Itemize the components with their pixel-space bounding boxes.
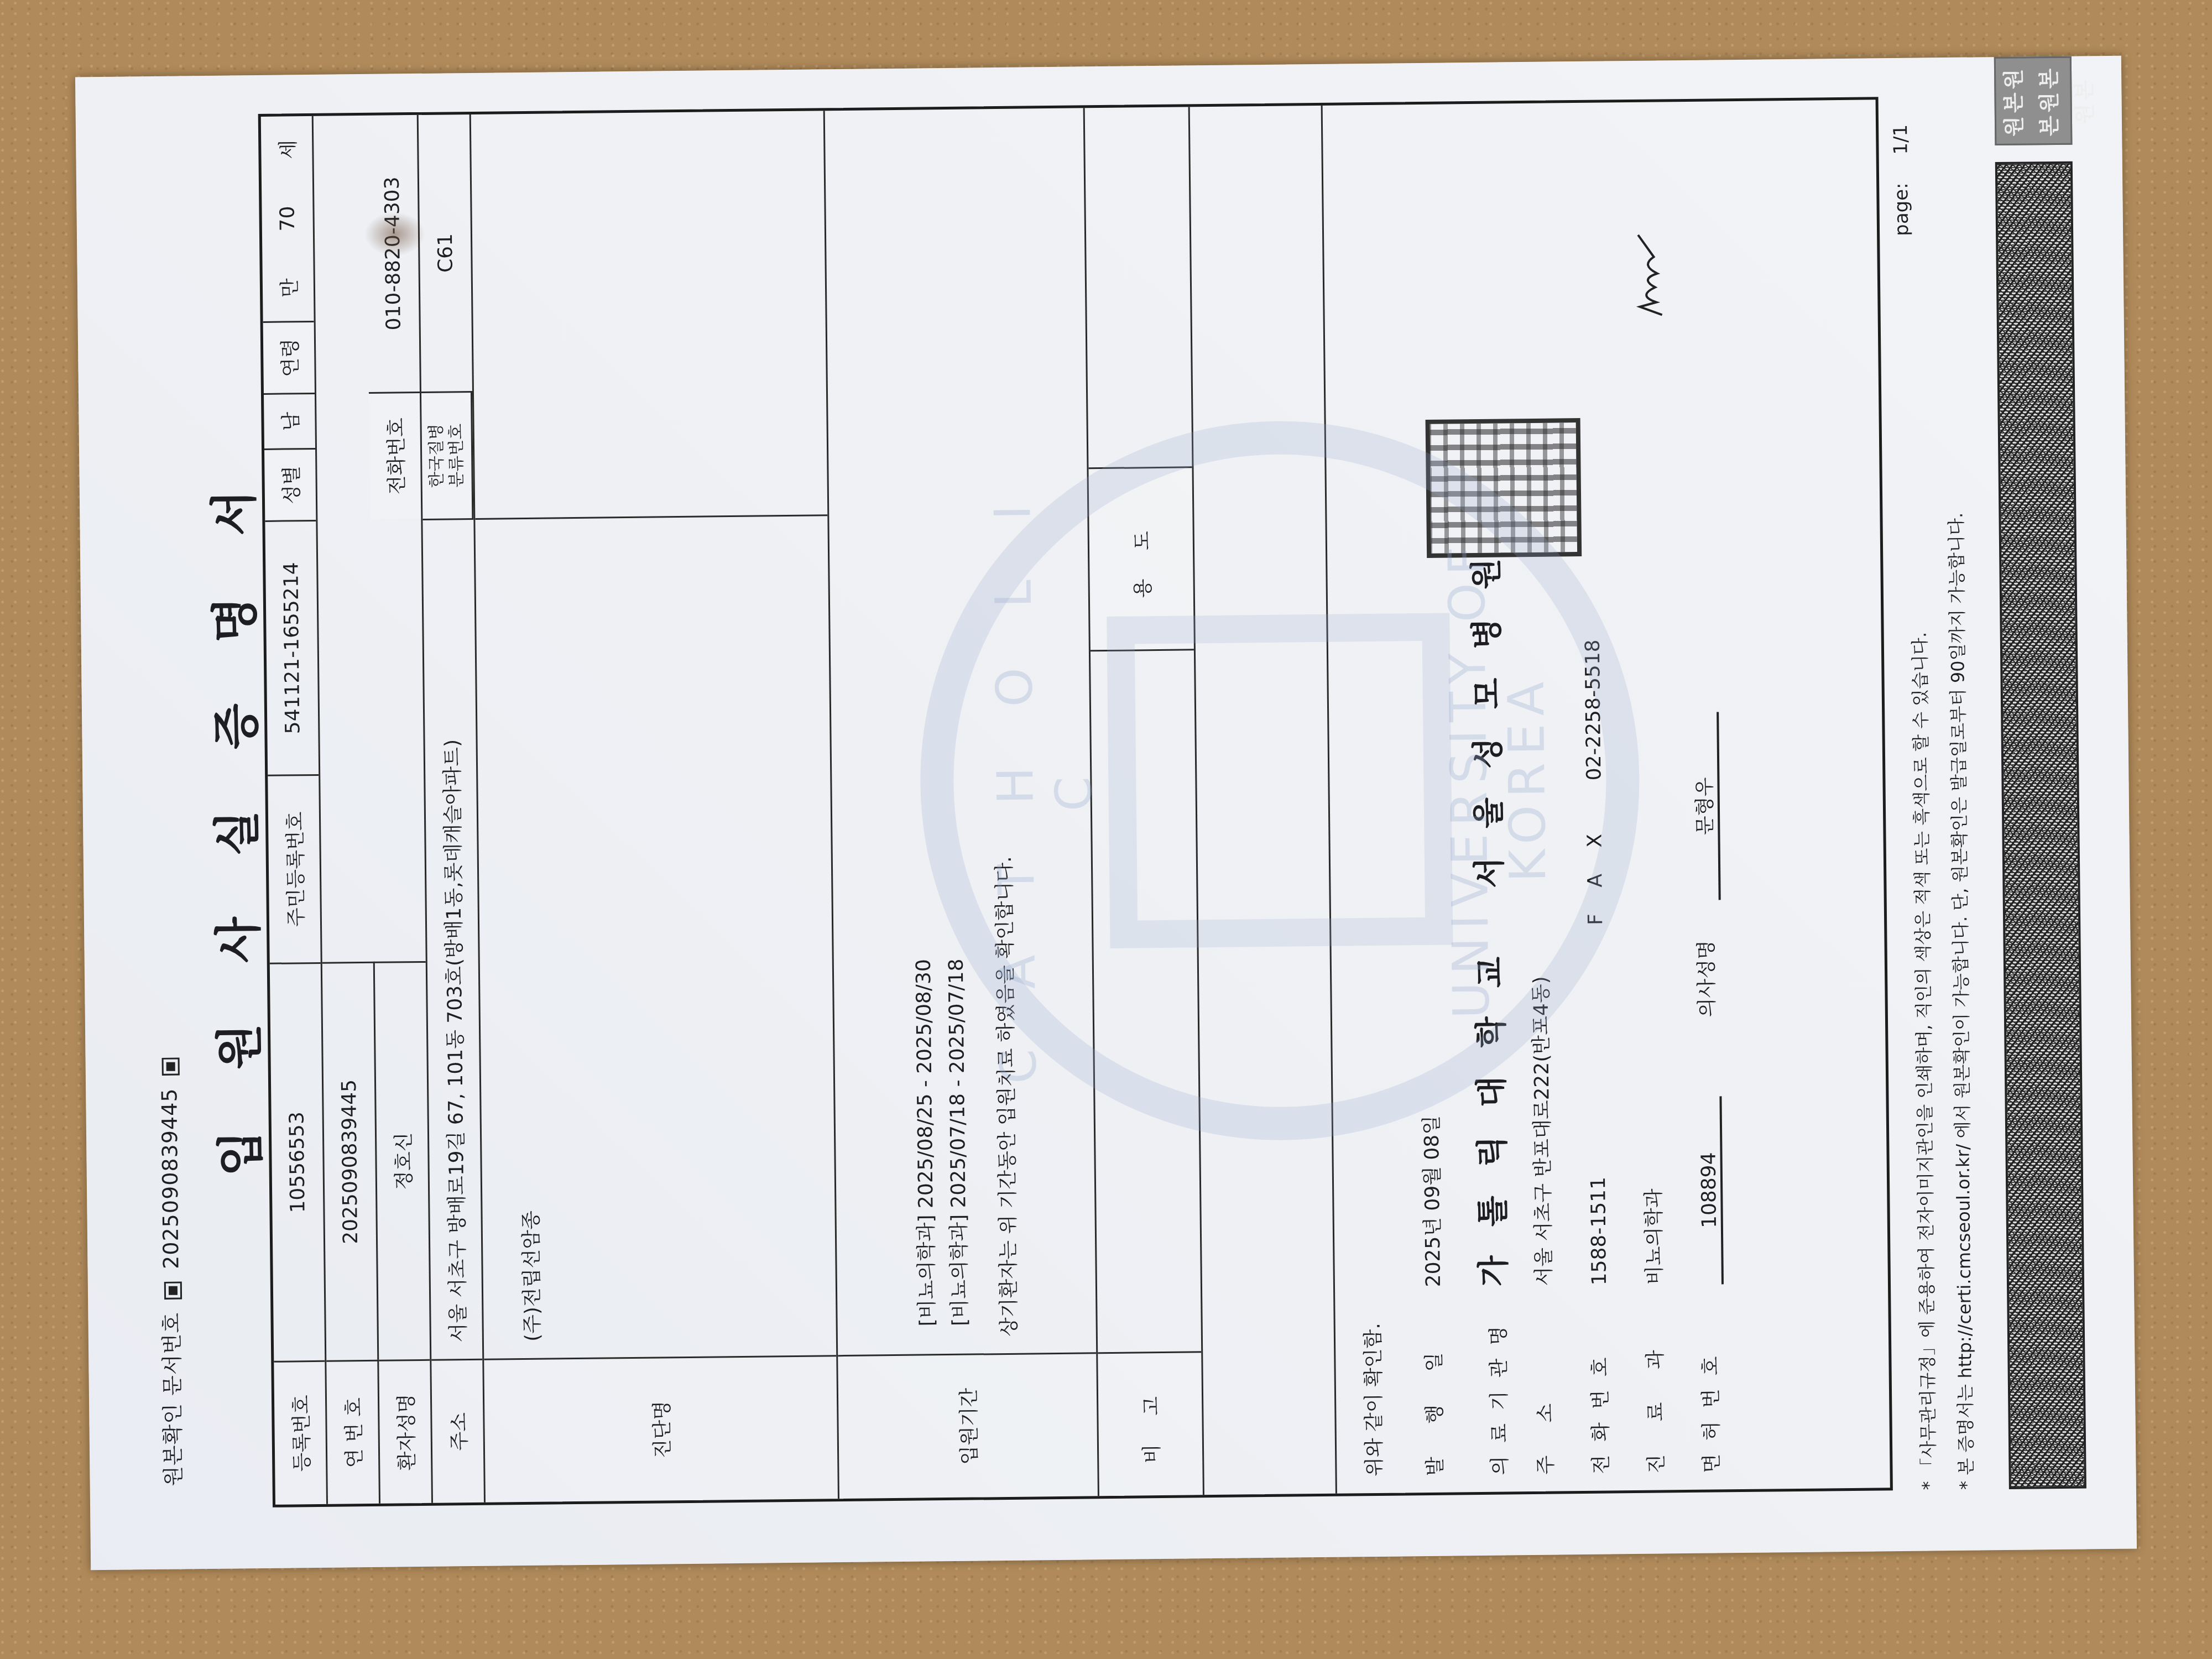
- security-barcode: [1995, 161, 2086, 1489]
- admission-period-2: [비뇨의학과] 2025/07/18 - 2025/07/18: [941, 958, 973, 1337]
- institution-label: 의료기관명: [1483, 1292, 1512, 1475]
- page-label: page:: [1890, 182, 1913, 236]
- age-prefix: 만: [274, 278, 302, 298]
- kcd-code: C61: [419, 114, 472, 392]
- confirm-text: 위와 같이 확인함.: [1358, 1323, 1387, 1477]
- remarks-label: 비 고: [1098, 1351, 1203, 1496]
- kcd-label: 한국질병 분류번호: [421, 391, 473, 519]
- department-label: 진 료 과: [1639, 1291, 1669, 1474]
- phone-label: 전화번호: [369, 392, 421, 519]
- institution-phone-label: 전화번호: [1584, 1291, 1614, 1474]
- registration-no-label: 등록번호: [274, 1360, 326, 1505]
- diagnosis-row: 진단명 (주)전립선암종: [471, 111, 839, 1503]
- institution-address-label: 주 소: [1528, 1292, 1558, 1475]
- watermark-top-text: C A T H O L I C: [983, 456, 1106, 1110]
- kcd-label-line2: 분류번호: [446, 424, 467, 488]
- registration-no-value: 10556553: [270, 962, 325, 1361]
- doctor-label: 의사성명: [1691, 906, 1720, 1018]
- issue-date: 2025년 09월 08일: [1421, 1115, 1445, 1287]
- department: 비뇨의학과: [1642, 1188, 1666, 1285]
- kcd-label-line1: 한국질병: [426, 424, 447, 488]
- address-label: 주소: [431, 1359, 484, 1503]
- diagnosis-value: (주)전립선암종: [475, 514, 836, 1359]
- serial-no-value: 2025090839445: [322, 962, 379, 1360]
- university-watermark-logo: C A T H O L I C UNIVERSITY OF KOREA: [917, 418, 1644, 1144]
- age-number: 70: [276, 206, 299, 231]
- page-value: 1/1: [1890, 124, 1912, 155]
- purpose-value: [1085, 107, 1192, 467]
- institution-phone: 1588-1511: [1584, 931, 1611, 1285]
- watermark-bottom-text: UNIVERSITY OF KOREA: [1437, 452, 1559, 1105]
- license-label: 면허번호: [1694, 1290, 1724, 1473]
- license-line: 면허번호 108894 의사성명 문형우: [1688, 712, 1726, 1473]
- age-value: 만 70 세: [261, 116, 314, 321]
- certificate-paper: 원본확인 문서번호 2025090839445 입 원 사 실 증 명 서 등록…: [75, 56, 2137, 1571]
- age-label: 연령: [263, 321, 315, 393]
- patient-name-label: 환자성명: [379, 1359, 431, 1504]
- original-stamp: 원본원본원본원본: [1994, 56, 2073, 145]
- verify-doc-number: 2025090839445: [157, 1088, 183, 1269]
- admission-label: 입원기간: [838, 1352, 1098, 1499]
- sex-value: 남: [264, 393, 315, 448]
- issue-date-label: 발 행 일: [1418, 1293, 1448, 1477]
- address-value: 서울 서초구 방배로19길 67, 101동 703호(방배1동,롯데캐슬아파트…: [422, 518, 482, 1359]
- diagnosis-label: 진단명: [484, 1355, 838, 1503]
- footer-note-seal: * 「사무관리규정」에 준용하여 전자이미지관인을 인쇄하며, 직인의 색상은 …: [1905, 513, 1940, 1490]
- department-line: 진 료 과 비뇨의학과: [1638, 1188, 1669, 1474]
- checkbox-square-icon: [161, 1057, 179, 1075]
- license-number: 108894: [1697, 1096, 1724, 1284]
- doctor-signature-icon: [1634, 223, 1668, 318]
- age-suffix: 세: [273, 140, 301, 159]
- watermark-emblem: [1107, 613, 1453, 948]
- doctor-name: 문형우: [1688, 712, 1721, 901]
- footer-notes: * 「사무관리규정」에 준용하여 전자이미지관인을 인쇄하며, 직인의 색상은 …: [1905, 512, 1990, 1490]
- verify-label: 원본확인 문서번호: [159, 1312, 185, 1486]
- sex-label: 성별: [264, 448, 316, 520]
- original-verification-line: 원본확인 문서번호 2025090839445: [152, 1052, 186, 1486]
- footer-note-verify-url[interactable]: * 본 증명서는 http://certi.cmcseoul.or.kr/ 에서…: [1942, 513, 1978, 1490]
- resident-no-value: 541121-1655214: [265, 520, 319, 775]
- certificate-table: 등록번호 10556553 주민등록번호 541121-1655214 성별 남…: [258, 97, 1893, 1507]
- patient-name-value: 정호신: [375, 961, 430, 1360]
- checkbox-square-icon: [164, 1282, 181, 1300]
- diagnosis-extra: [471, 111, 828, 518]
- admission-period-1: [비뇨의학과] 2025/08/25 - 2025/08/30: [908, 959, 940, 1338]
- issue-date-line: 발 행 일 2025년 09월 08일: [1416, 1115, 1448, 1476]
- serial-no-label: 연 번 호: [326, 1360, 380, 1504]
- page-indicator: page: 1/1: [1890, 124, 1913, 236]
- resident-no-label: 주민등록번호: [268, 774, 321, 963]
